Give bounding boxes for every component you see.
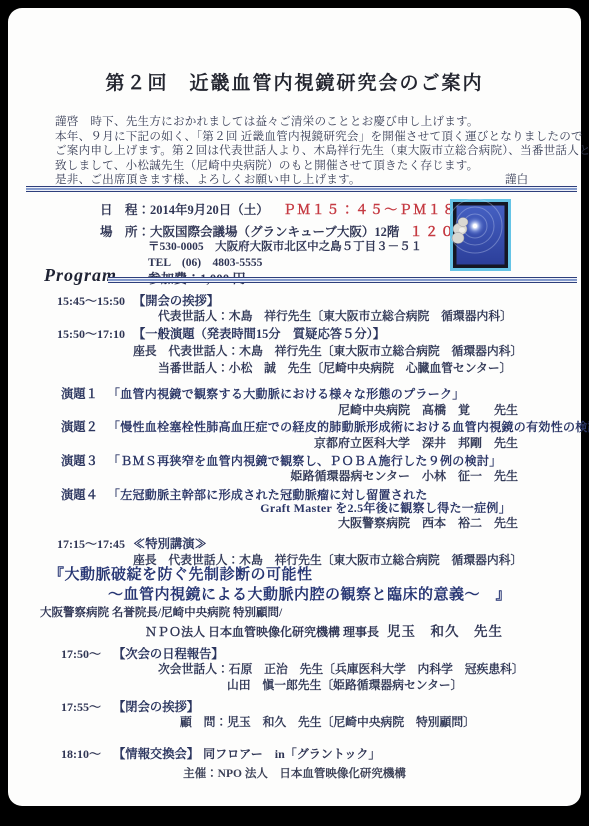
abstract-title: 「ＢＭＳ再狭窄を血管内視鏡で観察し、ＰＯＢＡ施行した９例の検討」: [108, 454, 502, 468]
session-time: 18:10～: [61, 747, 101, 761]
special-speaker-row: ＮＰＯ法人 日本血管映像化研究機構 理事長児玉 和久 先生: [145, 620, 503, 640]
special-speaker-affiliation: 大阪警察病院 名誉院長/尼崎中央病院 特別顧問/: [40, 604, 282, 620]
abstract-speaker: 姫路循環器病センター 小林 征一 先生: [208, 467, 518, 484]
greeting-paragraph: 謹啓 時下、先生方におかれましては益々ご清栄のこととお慶び申し上げます。 本年、…: [55, 115, 560, 188]
session-reception: 18:10～【情報交換会】同フロアー in「グラントック」: [61, 744, 380, 763]
special-lecture-title: 『大動脈破綻を防ぐ先制診断の可能性: [49, 563, 313, 584]
organizer-line: 主催：NPO 法人 日本血管映像化研究機構: [8, 765, 581, 781]
session-detail: 次会世話人：石原 正治 先生〔兵庫医科大学 内科学 冠疾患科〕: [158, 660, 524, 677]
divider-rule: [26, 186, 577, 192]
session-title: 【一般演題（発表時間15分 質疑応答５分）】: [133, 327, 385, 341]
session-closing: 17:55～【閉会の挨拶】: [61, 697, 199, 716]
session-general: 15:50～17:10【一般演題（発表時間15分 質疑応答５分）】: [57, 324, 385, 343]
session-detail: 顧 問：児玉 和久 先生〔尼崎中央病院 特別顧問〕: [180, 713, 475, 730]
date-value: 2014年9月20日（土）: [150, 203, 269, 217]
abstract-label: 演題４: [61, 488, 98, 502]
session-time: 17:55～: [61, 700, 101, 714]
special-speaker-org: ＮＰＯ法人 日本血管映像化研究機構 理事長: [145, 625, 379, 639]
session-time: 15:50～17:10: [57, 327, 125, 341]
event-place-row: 場 所：大阪国際会議場（グランキューブ大阪）12階１２０２: [100, 220, 471, 240]
session-title: ≪特別講演≫: [133, 537, 207, 551]
abstract-speaker: 京都府立医科大学 深井 邦剛 先生: [208, 434, 518, 451]
special-speaker-name: 児玉 和久 先生: [387, 624, 503, 639]
abstract-speaker: 尼崎中央病院 高橋 覚 先生: [208, 401, 518, 418]
page-title: 第２回 近畿血管内視鏡研究会のご案内: [8, 68, 581, 95]
abstract-label: 演題１: [61, 387, 98, 401]
special-lecture-subtitle: ～血管内視鏡による大動脈内腔の観察と臨床的意義～ 』: [108, 583, 511, 604]
greeting-line: ご案内申し上げます。第２回は代表世話人より、木島祥行先生（東大阪市立総合病院）、…: [55, 144, 560, 159]
session-time: 17:50～: [61, 647, 101, 661]
program-heading: Program: [44, 265, 117, 286]
scanned-document: { "document": { "title": "第２回 近畿血管内視鏡研究会…: [0, 0, 589, 826]
endoscope-photo: [450, 199, 511, 271]
place-label: 場 所：: [100, 225, 150, 239]
abstract-speaker: 大阪警察病院 西本 裕二 先生: [208, 514, 518, 531]
session-chair: 座長 代表世話人：木島 祥行先生〔東大阪市立総合病院 循環器内科〕: [133, 342, 522, 359]
event-date-row: 日 程：2014年9月20日（土）ＰＭ１５：４５～ＰＭ１８：００: [100, 199, 500, 218]
session-time: 17:15～17:45: [57, 537, 125, 551]
event-address: 〒530-0005 大阪府大阪市北区中之島５丁目３－５１: [148, 238, 422, 254]
greeting-line: 致しまして、小松誠先生（尼崎中央病院）のもと開催させて頂きたく存じます。: [55, 159, 560, 174]
place-value: 大阪国際会議場（グランキューブ大阪）12階: [150, 225, 399, 239]
session-title: 【開会の挨拶】: [133, 294, 219, 308]
program-rule: [108, 277, 577, 283]
session-co-chair: 当番世話人：小松 誠 先生〔尼崎中央病院 心臓血管センター〕: [158, 359, 511, 376]
date-label: 日 程：: [100, 203, 150, 217]
session-time: 15:45～15:50: [57, 294, 125, 308]
session-title: 【情報交換会】: [113, 747, 199, 761]
session-detail: 同フロアー in「グラントック」: [203, 747, 380, 761]
session-detail: 山田 愼一郎先生〔姫路循環器病センター〕: [227, 676, 462, 693]
abstract-label: 演題２: [61, 420, 98, 434]
session-title: 【閉会の挨拶】: [113, 700, 199, 714]
greeting-closing: 謹白: [505, 171, 528, 187]
abstract-label: 演題３: [61, 454, 98, 468]
endoscope-photo-image: [450, 199, 511, 271]
greeting-line: 謹啓 時下、先生方におかれましては益々ご清栄のこととお慶び申し上げます。: [55, 115, 560, 130]
document-page: 第２回 近畿血管内視鏡研究会のご案内 謹啓 時下、先生方におかれましては益々ご清…: [8, 8, 581, 806]
abstract-title: 「慢性血栓塞栓性肺高血圧症での経皮的肺動脈形成術における血管内視鏡の有効性の検討…: [108, 420, 589, 434]
greeting-line: 本年、９月に下記の如く、「第２回 近畿血管内視鏡研究会」を開催させて頂く運びとな…: [55, 130, 560, 145]
abstract-title: 「血管内視鏡で観察する大動脈における様々な形態のプラーク」: [108, 387, 465, 401]
session-detail: 代表世話人：木島 祥行先生〔東大阪市立総合病院 循環器内科〕: [158, 307, 512, 324]
session-title: 【次会の日程報告】: [113, 647, 224, 661]
